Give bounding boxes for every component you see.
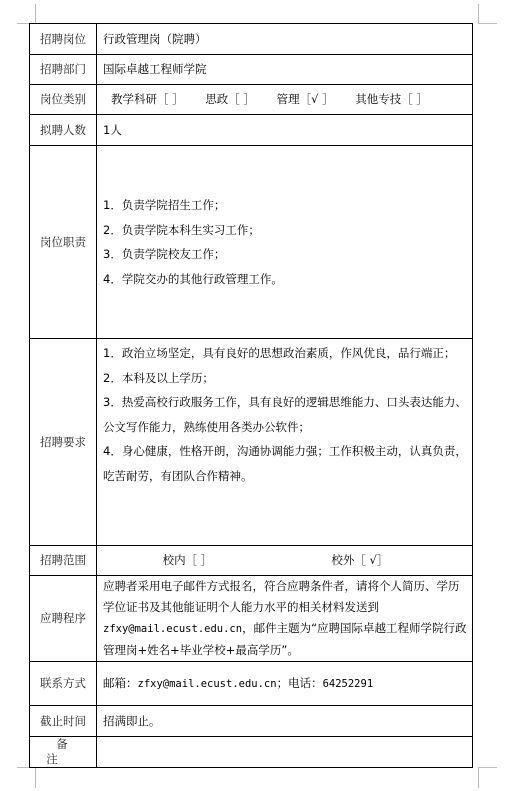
row-requirements: 招聘要求 1．政治立场坚定，具有良好的思想政治素质，作风优良，品行端正； 2．本… [30,339,473,546]
label-contact: 联系方式 [30,662,97,706]
contact-phone: 64252291 [323,678,374,690]
row-contact: 联系方式 邮箱：zfxy@mail.ecust.edu.cn；电话：642522… [30,662,473,706]
procedure-email-link[interactable]: zfxy@mail.ecust.edu.cn [103,623,242,635]
duty-item: 4．学院交办的其他行政管理工作。 [103,267,468,292]
row-department: 招聘部门 国际卓越工程师学院 [30,55,473,85]
crop-mark-top-right [478,4,497,24]
label-requirements: 招聘要求 [30,339,97,546]
row-deadline: 截止时间 招满即止。 [30,706,473,737]
label-duties: 岗位职责 [30,146,97,339]
value-remarks [97,737,473,768]
contact-phone-label: ；电话： [277,676,323,690]
requirement-item: 3．热爱高校行政服务工作，具有良好的逻辑思维能力、口头表达能力、公文写作能力，熟… [103,390,468,439]
value-contact: 邮箱：zfxy@mail.ecust.edu.cn；电话：64252291 [97,662,473,706]
value-category: 教学科研［ ］ 思政［ ］ 管理［√ ］ 其他专技［ ］ [97,85,473,115]
crop-mark-bottom-right [478,767,497,788]
value-deadline: 招满即止。 [97,706,473,737]
value-headcount: 1人 [97,115,473,146]
requirement-item: 4．身心健康，性格开朗，沟通协调能力强；工作积极主动，认真负责，吃苦耐劳，有团队… [103,439,468,488]
category-option-teaching-research: 教学科研［ ］ [111,92,184,106]
value-duties: 1．负责学院招生工作； 2．负责学院本科生实习工作； 3．负责学院校友工作； 4… [97,146,473,339]
remarks-label-text: 备注 [36,737,90,766]
duty-item: 2．负责学院本科生实习工作； [103,218,468,243]
category-option-ideological: 思政［ ］ [205,92,255,106]
value-requirements: 1．政治立场坚定，具有良好的思想政治素质，作风优良，品行端正； 2．本科及以上学… [97,339,473,546]
label-scope: 招聘范围 [30,546,97,576]
row-remarks: 备注 [30,737,473,768]
value-department: 国际卓越工程师学院 [97,55,473,85]
recruitment-table: 招聘岗位 行政管理岗（院聘） 招聘部门 国际卓越工程师学院 岗位类别 教学科研［… [29,23,473,768]
value-scope: 校内［ ］ 校外［ √］ [97,546,473,576]
row-duties: 岗位职责 1．负责学院招生工作； 2．负责学院本科生实习工作； 3．负责学院校友… [30,146,473,339]
crop-mark-top-left [17,4,36,24]
duty-item: 3．负责学院校友工作； [103,242,468,267]
scope-option-internal: 校内［ ］ [163,553,213,568]
category-option-other-technical: 其他专技［ ］ [355,92,428,106]
row-procedure: 应聘程序 应聘者采用电子邮件方式报名，符合应聘条件者，请将个人简历、学历学位证书… [30,576,473,662]
contact-email-link[interactable]: zfxy@mail.ecust.edu.cn [138,678,277,690]
requirement-item: 2．本科及以上学历； [103,366,468,391]
contact-email-label: 邮箱： [103,676,138,690]
value-position: 行政管理岗（院聘） [97,24,473,55]
crop-mark-bottom-left [17,767,36,788]
scope-option-external: 校外［ √］ [331,553,388,568]
procedure-text: 应聘者采用电子邮件方式报名，符合应聘条件者，请将个人简历、学历学位证书及其他能证… [103,579,460,614]
label-procedure: 应聘程序 [30,576,97,662]
row-position: 招聘岗位 行政管理岗（院聘） [30,24,473,55]
row-headcount: 拟聘人数 1人 [30,115,473,146]
label-department: 招聘部门 [30,55,97,85]
row-scope: 招聘范围 校内［ ］ 校外［ √］ [30,546,473,576]
label-category: 岗位类别 [30,85,97,115]
label-position: 招聘岗位 [30,24,97,55]
label-headcount: 拟聘人数 [30,115,97,146]
label-deadline: 截止时间 [30,706,97,737]
requirement-item: 1．政治立场坚定，具有良好的思想政治素质，作风优良，品行端正； [103,341,468,366]
value-procedure: 应聘者采用电子邮件方式报名，符合应聘条件者，请将个人简历、学历学位证书及其他能证… [97,576,473,662]
row-category: 岗位类别 教学科研［ ］ 思政［ ］ 管理［√ ］ 其他专技［ ］ [30,85,473,115]
duty-item: 1．负责学院招生工作； [103,193,468,218]
label-remarks: 备注 [30,737,97,768]
category-option-management: 管理［√ ］ [277,92,334,106]
